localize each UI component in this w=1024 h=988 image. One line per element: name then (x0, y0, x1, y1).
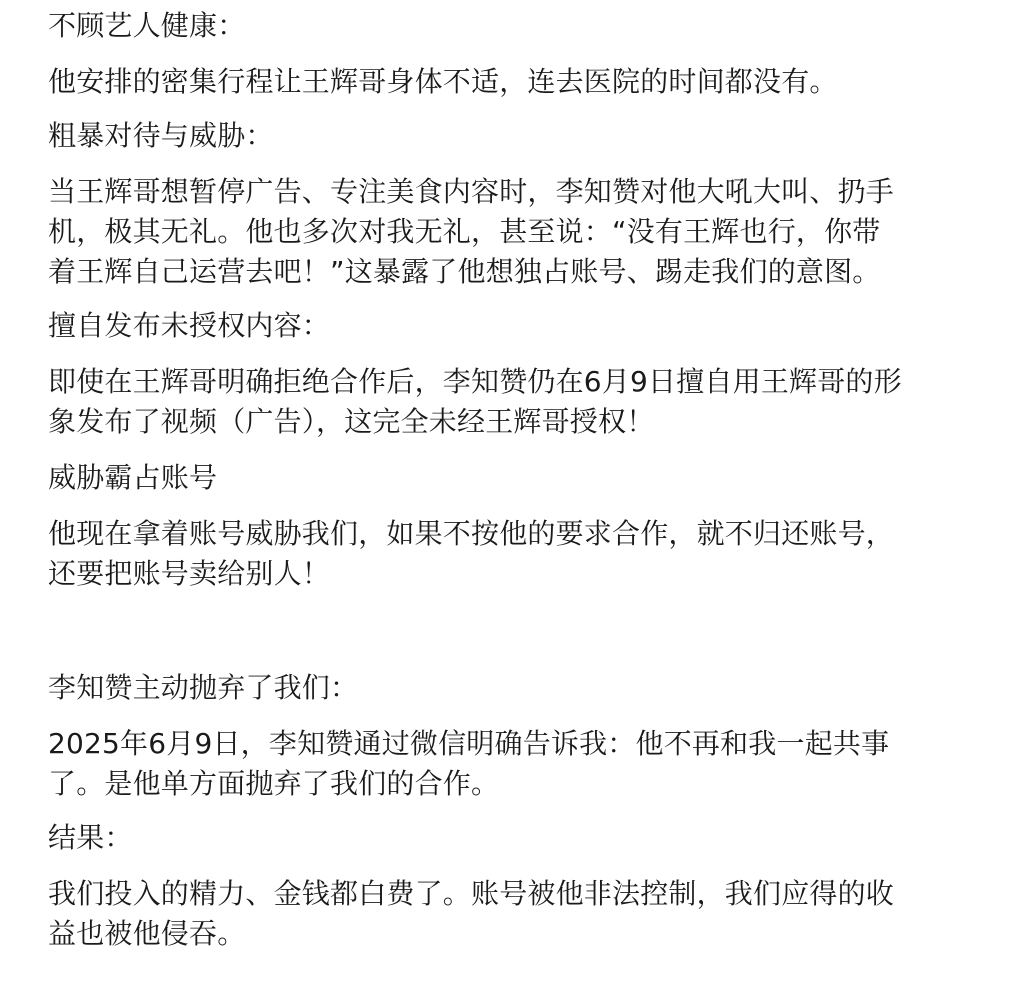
section-heading-abandoned: 李知赞主动抛弃了我们： (48, 670, 358, 706)
section-body-line: 他安排的密集行程让王辉哥身体不适，连去医院的时间都没有。 (48, 64, 838, 100)
section-body-line: 即使在王辉哥明确拒绝合作后，李知赞仍在6月9日擅自用王辉哥的形 (48, 364, 902, 400)
section-body-line: 机，极其无礼。他也多次对我无礼，甚至说：“没有王辉也行，你带 (48, 214, 881, 250)
section-heading-threat: 威胁霸占账号 (48, 460, 217, 496)
section-body-line: 我们投入的精力、金钱都白费了。账号被他非法控制，我们应得的收 (48, 876, 894, 912)
section-body-line: 2025年6月9日，李知赞通过微信明确告诉我：他不再和我一起共事 (48, 726, 889, 762)
section-heading-health: 不顾艺人健康： (48, 8, 245, 44)
section-heading-abuse: 粗暴对待与威胁： (48, 118, 274, 154)
section-body-line: 他现在拿着账号威胁我们，如果不按他的要求合作，就不归还账号， (48, 516, 894, 552)
section-body-line: 着王辉自己运营去吧！”这暴露了他想独占账号、踢走我们的意图。 (48, 254, 881, 290)
section-body-line: 象发布了视频（广告），这完全未经王辉哥授权！ (48, 404, 654, 440)
section-body-line: 了。是他单方面抛弃了我们的合作。 (48, 766, 499, 802)
section-body-line: 还要把账号卖给别人！ (48, 556, 330, 592)
section-heading-unauthorized: 擅自发布未授权内容： (48, 308, 330, 344)
section-heading-result: 结果： (48, 820, 133, 856)
section-body-line: 益也被他侵吞。 (48, 916, 245, 952)
section-body-line: 当王辉哥想暂停广告、专注美食内容时，李知赞对他大吼大叫、扔手 (48, 174, 894, 210)
